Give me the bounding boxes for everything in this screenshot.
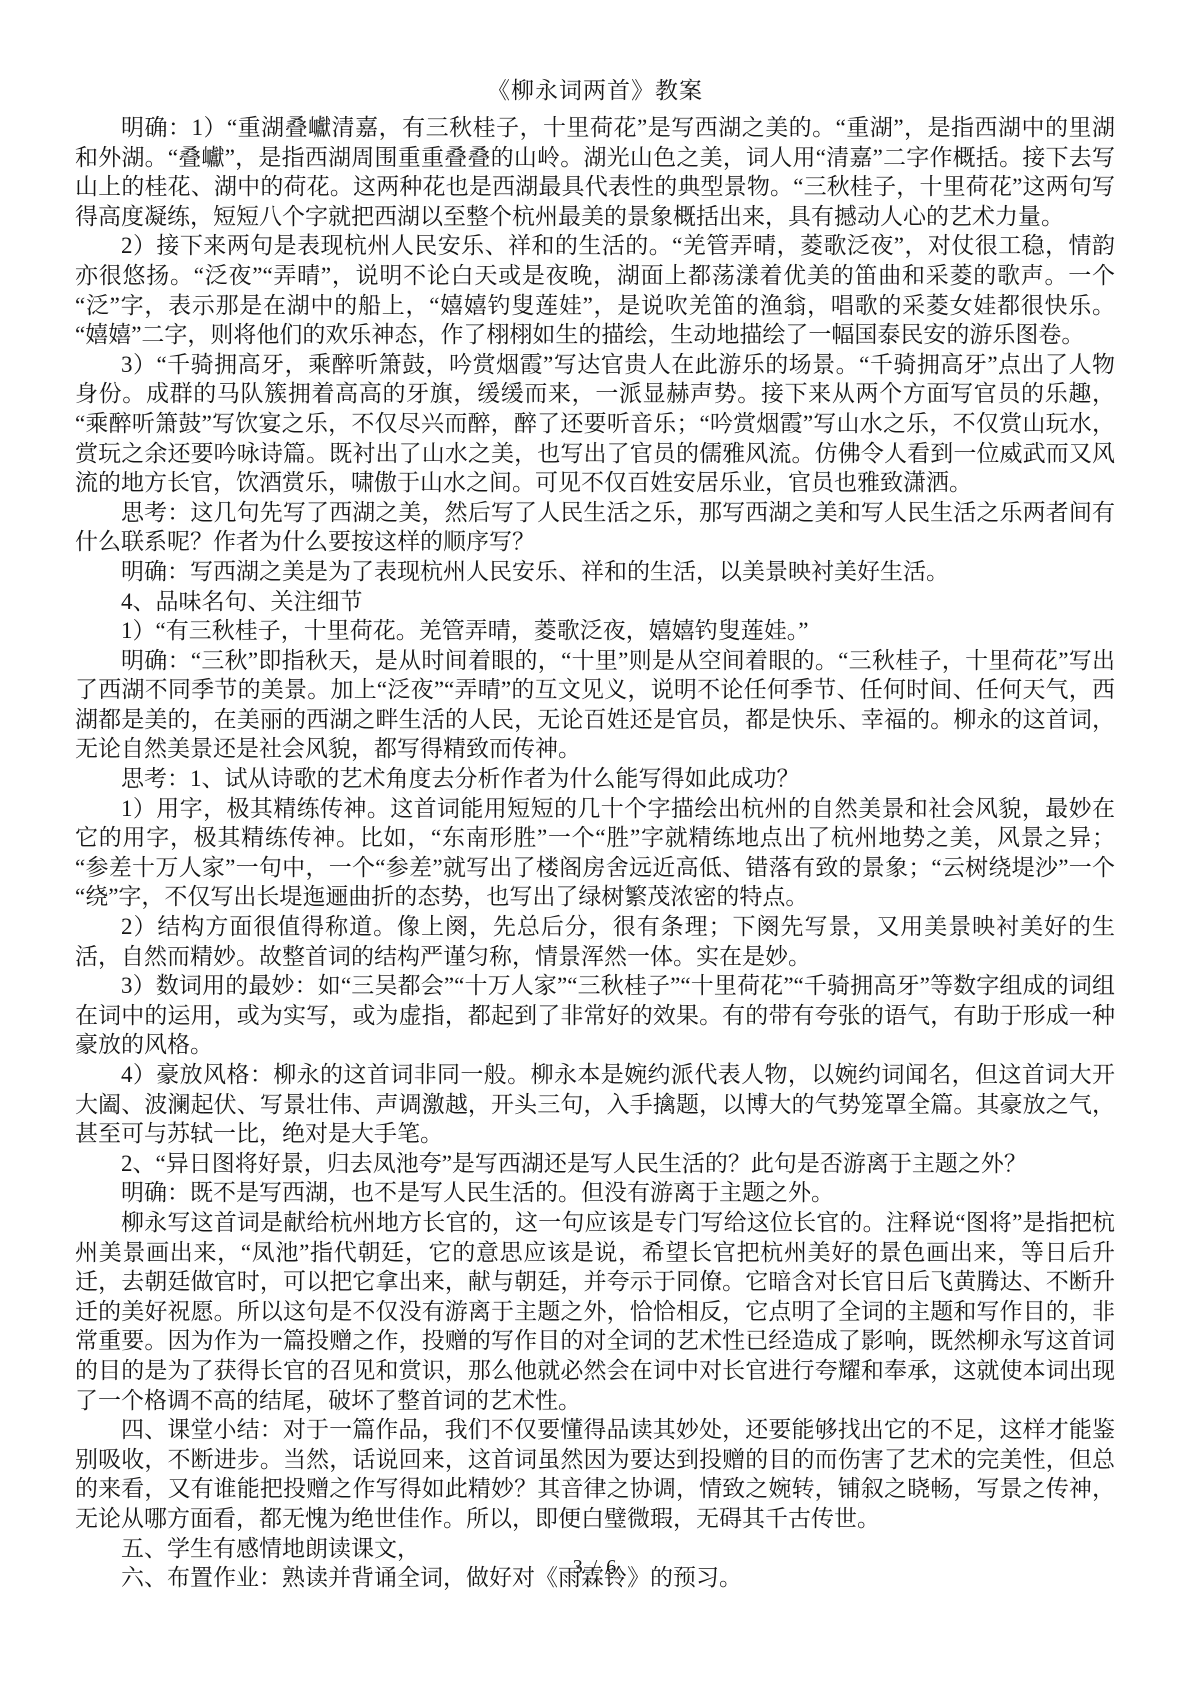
paragraph: 思考：这几句先写了西湖之美，然后写了人民生活之乐，那写西湖之美和写人民生活之乐两…: [75, 498, 1115, 557]
paragraph: 2、“异日图将好景，归去凤池夸”是写西湖还是写人民生活的？此句是否游离于主题之外…: [75, 1149, 1115, 1179]
paragraph: 明确：写西湖之美是为了表现杭州人民安乐、祥和的生活，以美景映衬美好生活。: [75, 557, 1115, 587]
paragraph: 1）“有三秋桂子，十里荷花。羌管弄晴，菱歌泛夜，嬉嬉钓叟莲娃。”: [75, 616, 1115, 646]
document-page: 《柳永词两首》教案 明确：1）“重湖叠巘清嘉，有三秋桂子，十里荷花”是写西湖之美…: [0, 0, 1191, 1684]
page-number: 3 / 6: [0, 1556, 1191, 1579]
document-title: 《柳永词两首》教案: [75, 76, 1115, 106]
paragraph: 1）用字，极其精练传神。这首词能用短短的几十个字描绘出杭州的自然美景和社会风貌，…: [75, 794, 1115, 912]
paragraph: 4）豪放风格：柳永的这首词非同一般。柳永本是婉约派代表人物，以婉约词闻名，但这首…: [75, 1060, 1115, 1149]
paragraph: 明确：“三秋”即指秋天，是从时间着眼的，“十里”则是从空间着眼的。“三秋桂子，十…: [75, 646, 1115, 764]
paragraph: 3）“千骑拥高牙，乘醉听箫鼓，吟赏烟霞”写达官贵人在此游乐的场景。“千骑拥高牙”…: [75, 350, 1115, 498]
paragraph: 明确：1）“重湖叠巘清嘉，有三秋桂子，十里荷花”是写西湖之美的。“重湖”，是指西…: [75, 113, 1115, 231]
paragraph: 2）接下来两句是表现杭州人民安乐、祥和的生活的。“羌管弄晴，菱歌泛夜”，对仗很工…: [75, 231, 1115, 349]
paragraph: 明确：既不是写西湖，也不是写人民生活的。但没有游离于主题之外。: [75, 1178, 1115, 1208]
paragraph: 柳永写这首词是献给杭州地方长官的，这一句应该是专门写给这位长官的。注释说“图将”…: [75, 1208, 1115, 1415]
section-heading: 四、课堂小结：对于一篇作品，我们不仅要懂得品读其妙处，还要能够找出它的不足，这样…: [75, 1415, 1115, 1533]
paragraph: 思考：1、试从诗歌的艺术角度去分析作者为什么能写得如此成功？: [75, 764, 1115, 794]
paragraph: 2）结构方面很值得称道。像上阕，先总后分，很有条理；下阕先写景，又用美景映衬美好…: [75, 912, 1115, 971]
paragraph: 3）数词用的最妙：如“三吴都会”“十万人家”“三秋桂子”“十里荷花”“千骑拥高牙…: [75, 971, 1115, 1060]
section-heading: 4、品味名句、关注细节: [75, 587, 1115, 617]
